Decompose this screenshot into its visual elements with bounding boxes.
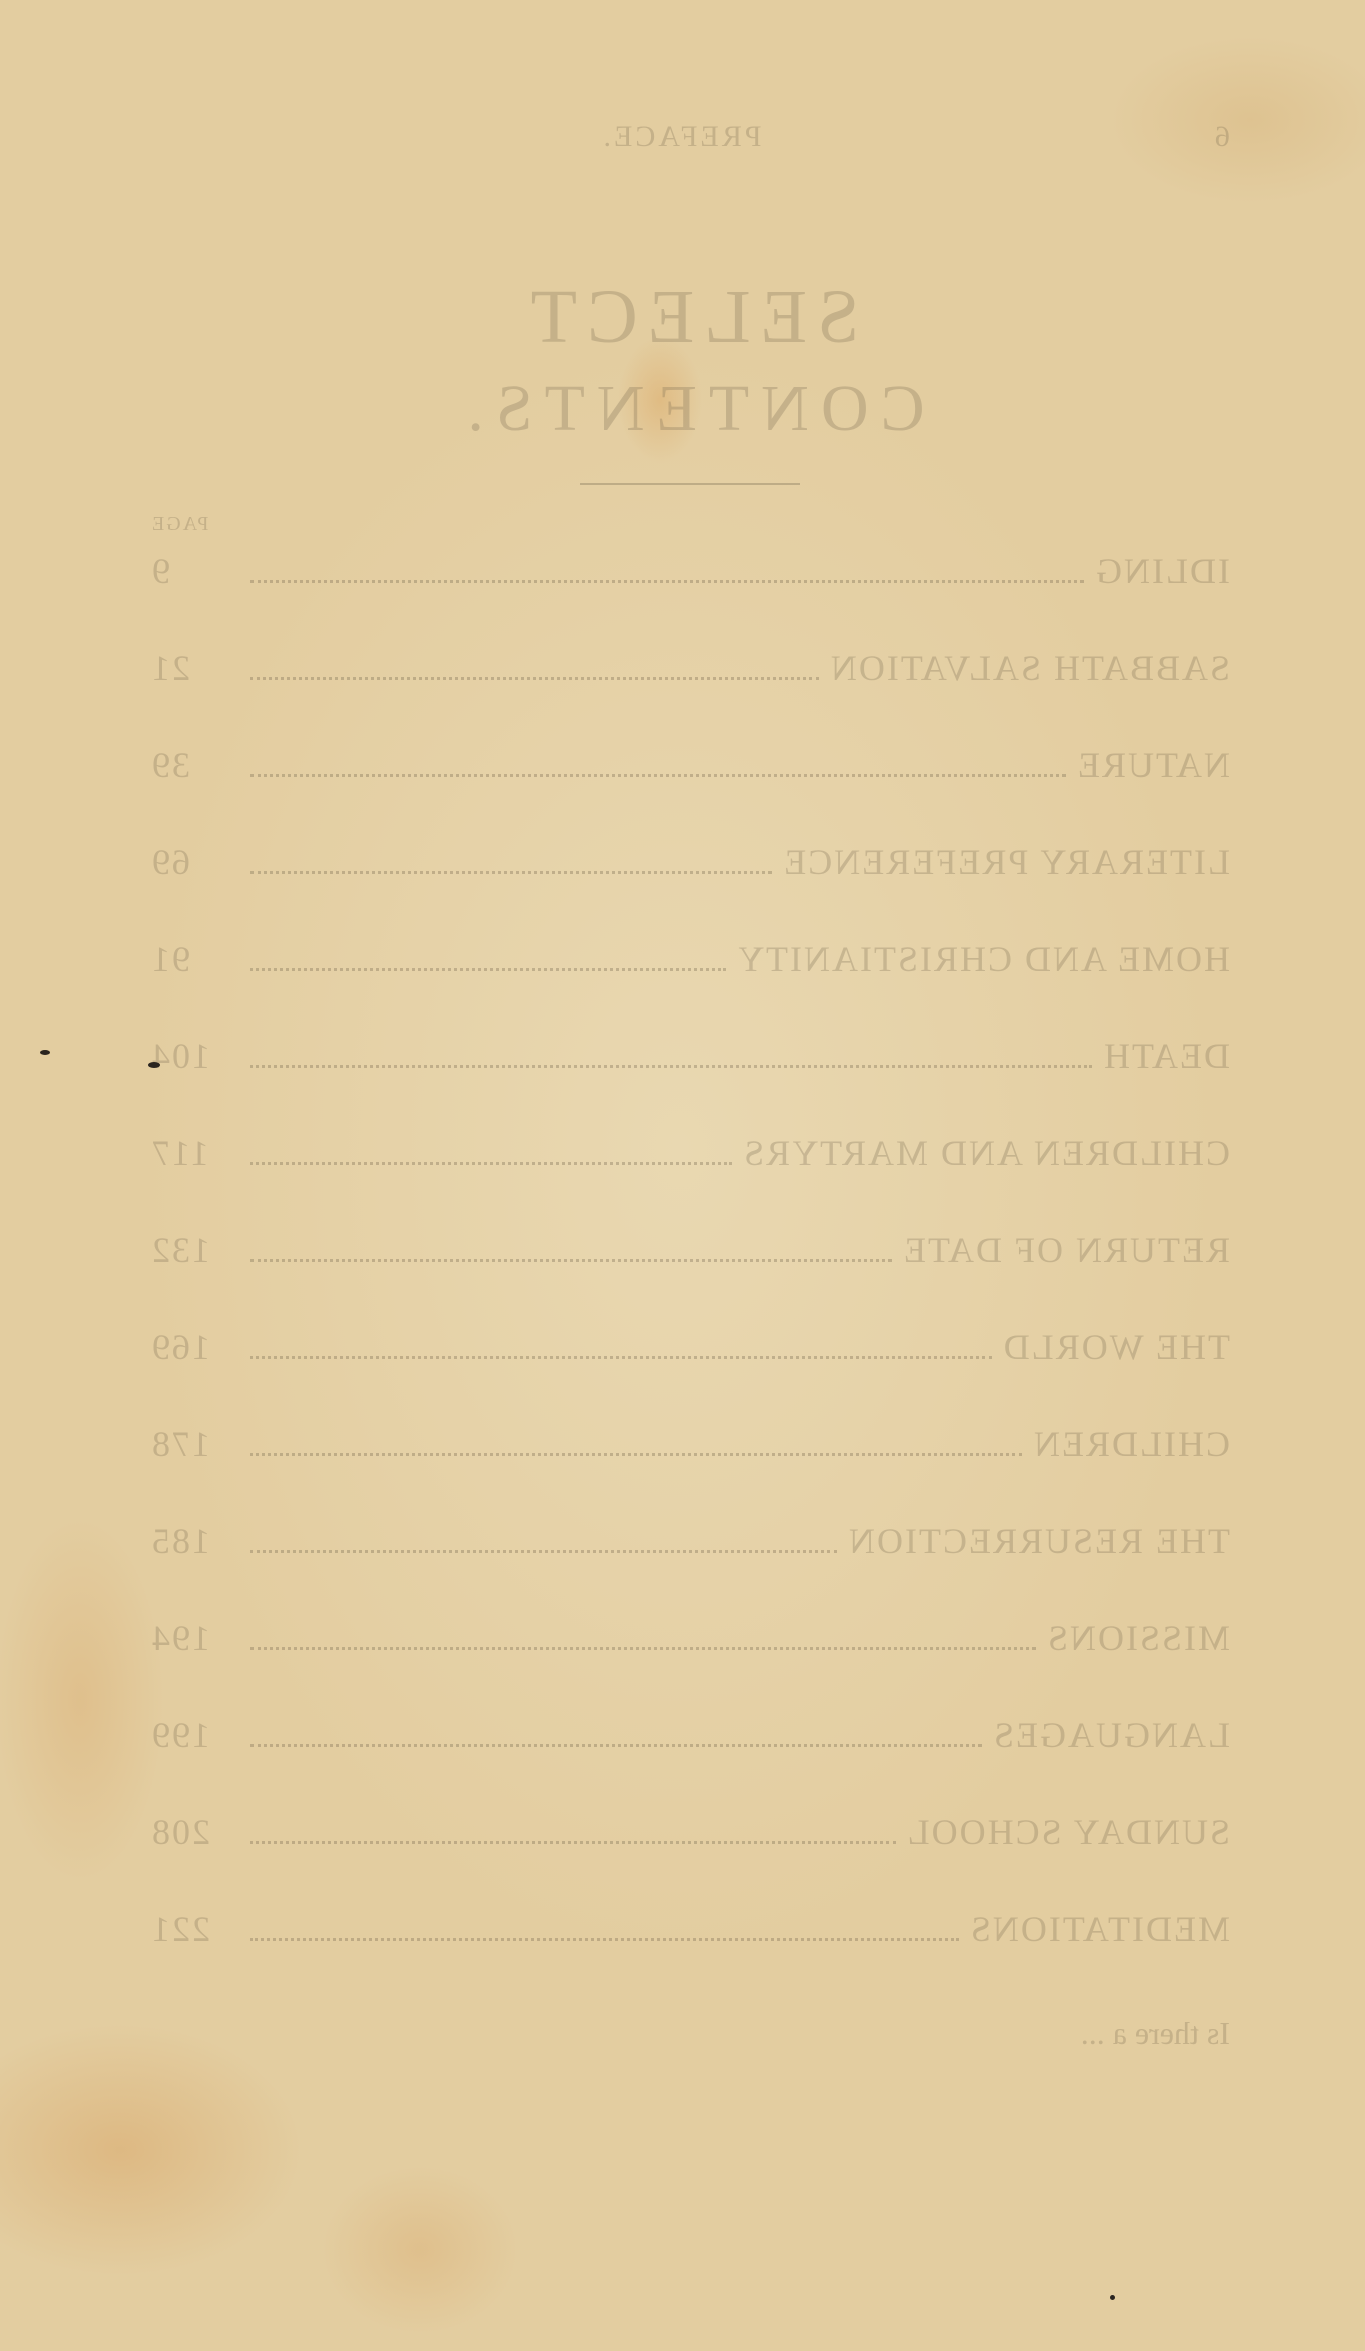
toc-entry: MISSIONS194 [150,1617,1230,1714]
toc-entry: LANGUAGES199 [150,1714,1230,1811]
toc-entry: THE WORLD169 [150,1326,1230,1423]
page-column-label: PAGE [150,513,1230,536]
heading-rule [580,483,800,485]
tail-text: Is there a ... [150,2015,1230,2052]
toc-entry: MEDITATIONS221 [150,1908,1230,2005]
toc-entry: HOME AND CHRISTIANITY91 [150,938,1230,1035]
toc-entry: LITERARY PREFERENCE69 [150,841,1230,938]
ink-speck [1110,2295,1115,2300]
contents-heading: CONTENTS. [150,371,1230,447]
toc-entry: RETURN OF DATE132 [150,1229,1230,1326]
toc-entry: SUNDAY SCHOOL208 [150,1811,1230,1908]
running-head: 6 PREFACE. [150,120,1230,154]
ink-speck [40,1050,50,1055]
toc-entry: DEATH104 [150,1035,1230,1132]
ink-speck [148,1062,160,1068]
toc-entry: CHILDREN178 [150,1423,1230,1520]
running-head-page-number: 6 [1212,120,1230,154]
toc-entry: SABBATH SALVATION21 [150,647,1230,744]
toc-list: IDLING9 SABBATH SALVATION21 NATURE39 LIT… [150,550,1230,2005]
running-head-title: PREFACE. [601,120,762,154]
toc-entry: CHILDREN AND MARTYRS117 [150,1132,1230,1229]
toc-entry: IDLING9 [150,550,1230,647]
toc-entry: NATURE39 [150,744,1230,841]
bleed-through-text: 6 PREFACE. SELECT CONTENTS. PAGE IDLING9… [150,120,1230,2052]
upper-title: SELECT [150,274,1230,361]
toc-entry: THE RESURRECTION185 [150,1520,1230,1617]
